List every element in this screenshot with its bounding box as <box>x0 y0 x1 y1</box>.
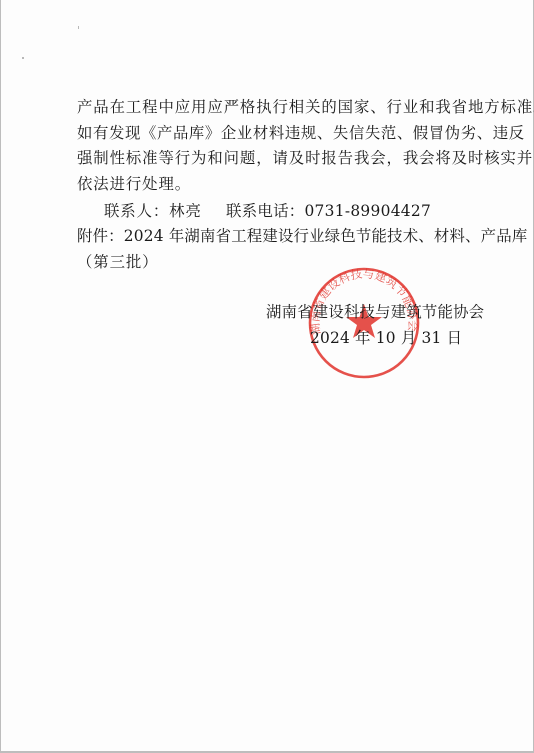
contact-line: 联系人：林亮 <box>104 199 202 225</box>
attachment-line-1: 附件：2024 年湖南省工程建设行业绿色节能技术、材料、产品库 <box>77 224 527 250</box>
body-line: 如有发现《产品库》企业材料违规、失信失范、假冒伪劣、违反 <box>77 121 525 147</box>
scan-speck <box>22 57 24 59</box>
contact-person-label: 联系人： <box>104 202 169 220</box>
contact-person-name: 林亮 <box>169 202 202 220</box>
contact-phone-number: 0731-89904427 <box>304 202 431 220</box>
body-line: 产品在工程中应用应严格执行相关的国家、行业和我省地方标准。 <box>77 95 534 121</box>
contact-phone-label: 联系电话： <box>226 202 304 220</box>
attachment-line-2: （第三批） <box>77 250 158 276</box>
body-line: 依法进行处理。 <box>77 172 191 198</box>
scan-speck <box>78 26 79 29</box>
signature-date: 2024 年 10 月 31 日 <box>310 326 462 352</box>
document-page: 产品在工程中应用应严格执行相关的国家、行业和我省地方标准。 如有发现《产品库》企… <box>0 0 534 753</box>
contact-phone-line: 联系电话：0731-89904427 <box>226 199 431 225</box>
body-line: 强制性标准等行为和问题，请及时报告我会，我会将及时核实并 <box>77 146 533 172</box>
signature-organization: 湖南省建设科技与建筑节能协会 <box>266 300 484 326</box>
